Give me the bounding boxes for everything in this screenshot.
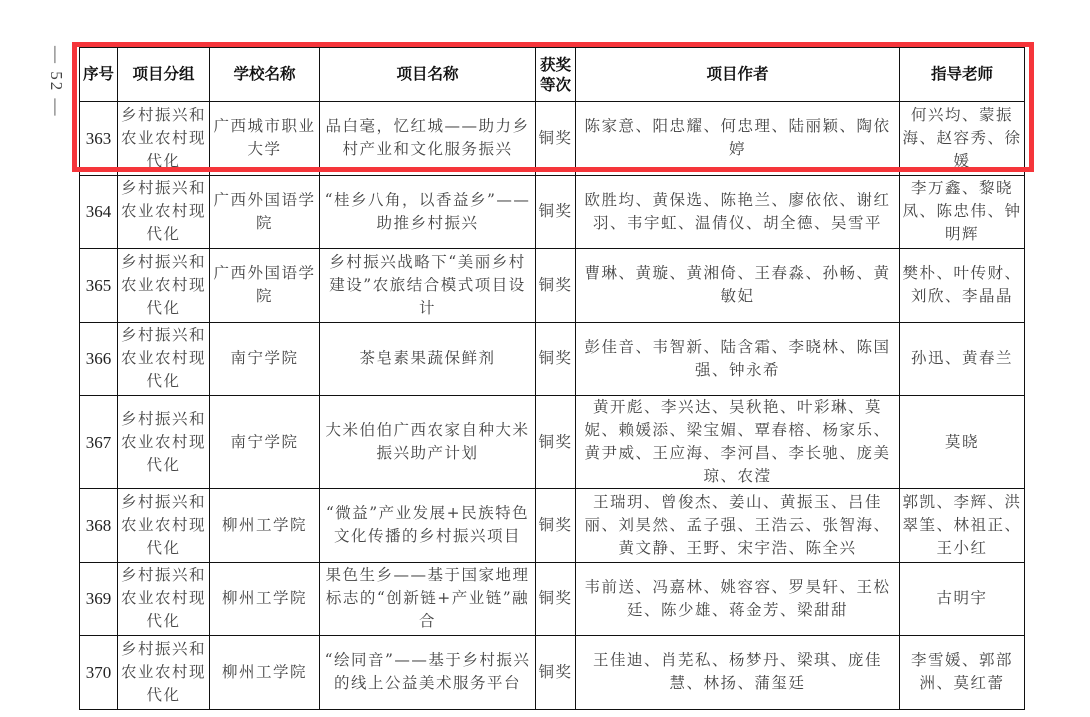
cell-advisors: 何兴均、蒙振海、赵容秀、徐媛 — [900, 102, 1025, 176]
cell-authors: 黄开彪、李兴达、吴秋艳、叶彩琳、莫妮、赖媛添、梁宝媚、覃春榕、杨家乐、黄尹威、王… — [576, 396, 900, 489]
cell-advisors: 莫晓 — [900, 396, 1025, 489]
table-row: 369 乡村振兴和农业农村现代化 柳州工学院 果色生乡——基于国家地理标志的“创… — [80, 562, 1025, 636]
cell-no: 366 — [80, 322, 118, 396]
cell-award: 铜奖 — [536, 249, 576, 323]
cell-authors: 欧胜均、黄保选、陈艳兰、廖依依、谢红羽、韦宇虹、温倩仪、胡全德、吴雪平 — [576, 175, 900, 249]
cell-school: 南宁学院 — [210, 322, 320, 396]
header-advisors: 指导老师 — [900, 48, 1025, 102]
cell-advisors: 郭凯、李辉、洪翠筀、林祖正、王小红 — [900, 489, 1025, 563]
cell-school: 柳州工学院 — [210, 636, 320, 710]
cell-advisors: 李万鑫、黎晓凤、陈忠伟、钟明辉 — [900, 175, 1025, 249]
cell-group: 乡村振兴和农业农村现代化 — [118, 396, 210, 489]
cell-no: 367 — [80, 396, 118, 489]
table-row: 365 乡村振兴和农业农村现代化 广西外国语学院 乡村振兴战略下“美丽乡村建设”… — [80, 249, 1025, 323]
cell-award: 铜奖 — [536, 396, 576, 489]
header-group: 项目分组 — [118, 48, 210, 102]
header-award: 获奖等次 — [536, 48, 576, 102]
cell-group: 乡村振兴和农业农村现代化 — [118, 636, 210, 710]
cell-authors: 彭佳音、韦智新、陆含霜、李晓林、陈国强、钟永希 — [576, 322, 900, 396]
header-authors: 项目作者 — [576, 48, 900, 102]
header-school: 学校名称 — [210, 48, 320, 102]
cell-no: 369 — [80, 562, 118, 636]
header-no: 序号 — [80, 48, 118, 102]
cell-award: 铜奖 — [536, 102, 576, 176]
cell-award: 铜奖 — [536, 489, 576, 563]
cell-school: 广西外国语学院 — [210, 175, 320, 249]
cell-no: 364 — [80, 175, 118, 249]
cell-no: 363 — [80, 102, 118, 176]
cell-school: 广西城市职业大学 — [210, 102, 320, 176]
table-row: 368 乡村振兴和农业农村现代化 柳州工学院 “微益”产业发展+民族特色文化传播… — [80, 489, 1025, 563]
table-row: 370 乡村振兴和农业农村现代化 柳州工学院 “绘同音”——基于乡村振兴的线上公… — [80, 636, 1025, 710]
header-project: 项目名称 — [320, 48, 536, 102]
cell-award: 铜奖 — [536, 636, 576, 710]
cell-group: 乡村振兴和农业农村现代化 — [118, 175, 210, 249]
table-row: 363 乡村振兴和农业农村现代化 广西城市职业大学 品白毫，忆红城——助力乡村产… — [80, 102, 1025, 176]
cell-advisors: 古明宇 — [900, 562, 1025, 636]
cell-project: 茶皂素果蔬保鲜剂 — [320, 322, 536, 396]
cell-authors: 陈家意、阳忠耀、何忠理、陆丽颖、陶依婷 — [576, 102, 900, 176]
cell-group: 乡村振兴和农业农村现代化 — [118, 249, 210, 323]
cell-project: “微益”产业发展+民族特色文化传播的乡村振兴项目 — [320, 489, 536, 563]
cell-project: 乡村振兴战略下“美丽乡村建设”农旅结合模式项目设计 — [320, 249, 536, 323]
table-header-row: 序号 项目分组 学校名称 项目名称 获奖等次 项目作者 指导老师 — [80, 48, 1025, 102]
cell-no: 365 — [80, 249, 118, 323]
cell-authors: 韦前送、冯嘉林、姚容容、罗昊轩、王松廷、陈少雄、蒋金芳、梁甜甜 — [576, 562, 900, 636]
cell-advisors: 樊朴、叶传财、刘欣、李晶晶 — [900, 249, 1025, 323]
cell-school: 柳州工学院 — [210, 562, 320, 636]
cell-project: 大米伯伯广西农家自种大米振兴助产计划 — [320, 396, 536, 489]
cell-authors: 曹琳、黄璇、黄湘倚、王春淼、孙畅、黄敏妃 — [576, 249, 900, 323]
table-row: 367 乡村振兴和农业农村现代化 南宁学院 大米伯伯广西农家自种大米振兴助产计划… — [80, 396, 1025, 489]
awards-table: 序号 项目分组 学校名称 项目名称 获奖等次 项目作者 指导老师 363 乡村振… — [79, 47, 1025, 710]
cell-authors: 王瑞玥、曾俊杰、姜山、黄振玉、吕佳丽、刘昊然、孟子强、王浩云、张智海、黄文静、王… — [576, 489, 900, 563]
cell-project: “桂乡八角，以香益乡”——助推乡村振兴 — [320, 175, 536, 249]
cell-advisors: 李雪媛、郭部洲、莫红蕾 — [900, 636, 1025, 710]
cell-award: 铜奖 — [536, 175, 576, 249]
cell-advisors: 孙迅、黄春兰 — [900, 322, 1025, 396]
cell-group: 乡村振兴和农业农村现代化 — [118, 489, 210, 563]
cell-school: 广西外国语学院 — [210, 249, 320, 323]
cell-group: 乡村振兴和农业农村现代化 — [118, 102, 210, 176]
cell-project: “绘同音”——基于乡村振兴的线上公益美术服务平台 — [320, 636, 536, 710]
cell-group: 乡村振兴和农业农村现代化 — [118, 322, 210, 396]
cell-school: 南宁学院 — [210, 396, 320, 489]
cell-no: 368 — [80, 489, 118, 563]
cell-no: 370 — [80, 636, 118, 710]
page-number: — 52 — — [42, 46, 66, 118]
cell-authors: 王佳迪、肖芜私、杨梦丹、梁琪、庞佳慧、林扬、蒲玺廷 — [576, 636, 900, 710]
cell-school: 柳州工学院 — [210, 489, 320, 563]
cell-award: 铜奖 — [536, 322, 576, 396]
cell-project: 果色生乡——基于国家地理标志的“创新链+产业链”融合 — [320, 562, 536, 636]
cell-project: 品白毫，忆红城——助力乡村产业和文化服务振兴 — [320, 102, 536, 176]
table-row: 364 乡村振兴和农业农村现代化 广西外国语学院 “桂乡八角，以香益乡”——助推… — [80, 175, 1025, 249]
table-row: 366 乡村振兴和农业农村现代化 南宁学院 茶皂素果蔬保鲜剂 铜奖 彭佳音、韦智… — [80, 322, 1025, 396]
cell-award: 铜奖 — [536, 562, 576, 636]
cell-group: 乡村振兴和农业农村现代化 — [118, 562, 210, 636]
